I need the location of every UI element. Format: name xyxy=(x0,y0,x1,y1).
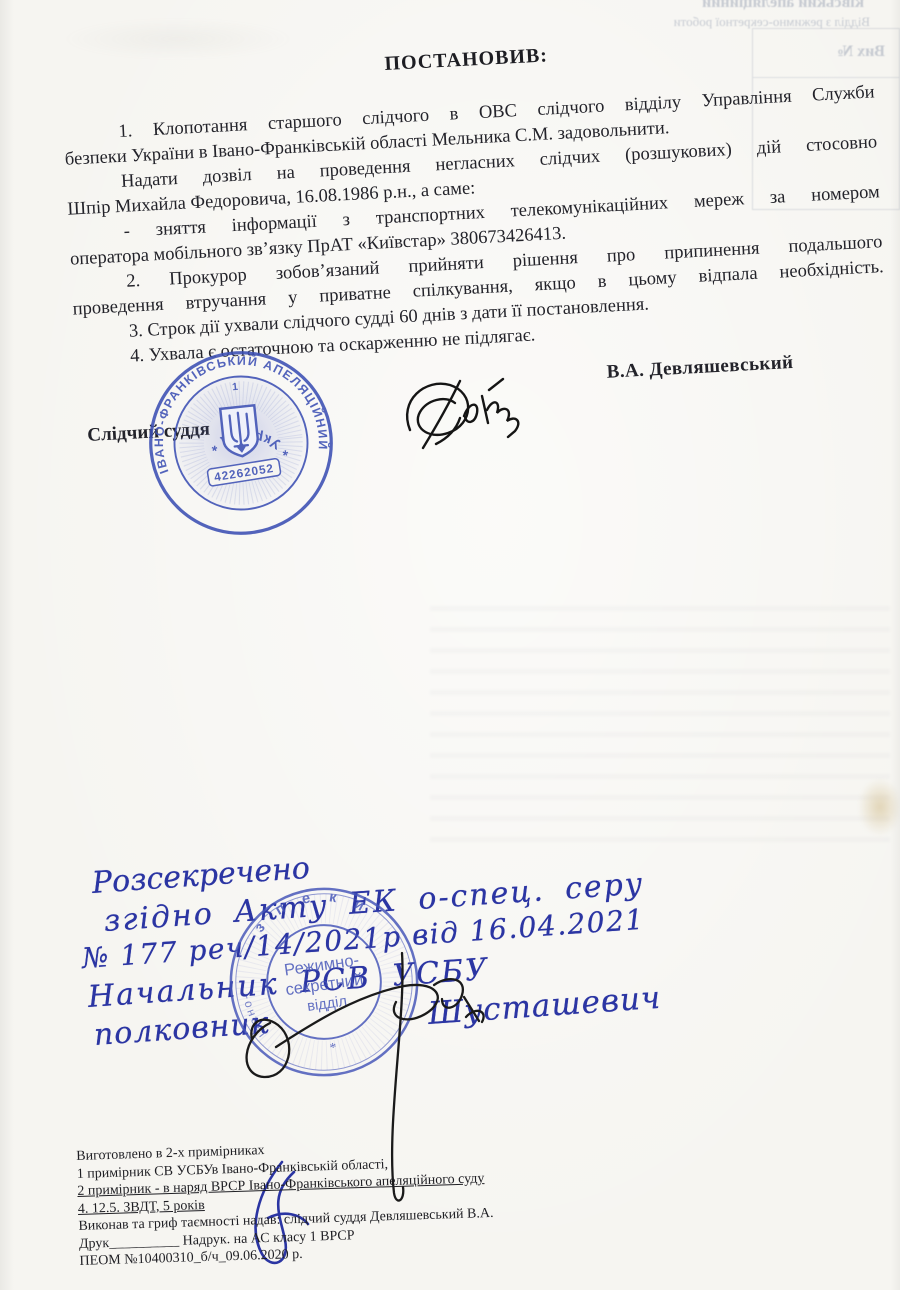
paper-smudge xyxy=(858,778,900,836)
footer-block: Виготовлено в 2-х примірниках 1 примірни… xyxy=(76,1133,560,1271)
document-title: ПОСТАНОВИВ: xyxy=(60,27,872,92)
typed-text-block: ПОСТАНОВИВ: 1. Клопотання старшого слідч… xyxy=(58,0,887,373)
judge-signature xyxy=(390,368,540,473)
judge-name: В.А. Девляшевський xyxy=(606,352,794,384)
bleedthrough-faint-text-area xyxy=(430,590,890,850)
scanned-court-document: ківський апеляційний Відділ з режимно-се… xyxy=(0,0,900,1290)
court-seal-stamp: ІВАНО-ФРАНКІВСЬКИЙ АПЕЛЯЦІЙНИЙ СУД * Укр… xyxy=(137,339,346,548)
